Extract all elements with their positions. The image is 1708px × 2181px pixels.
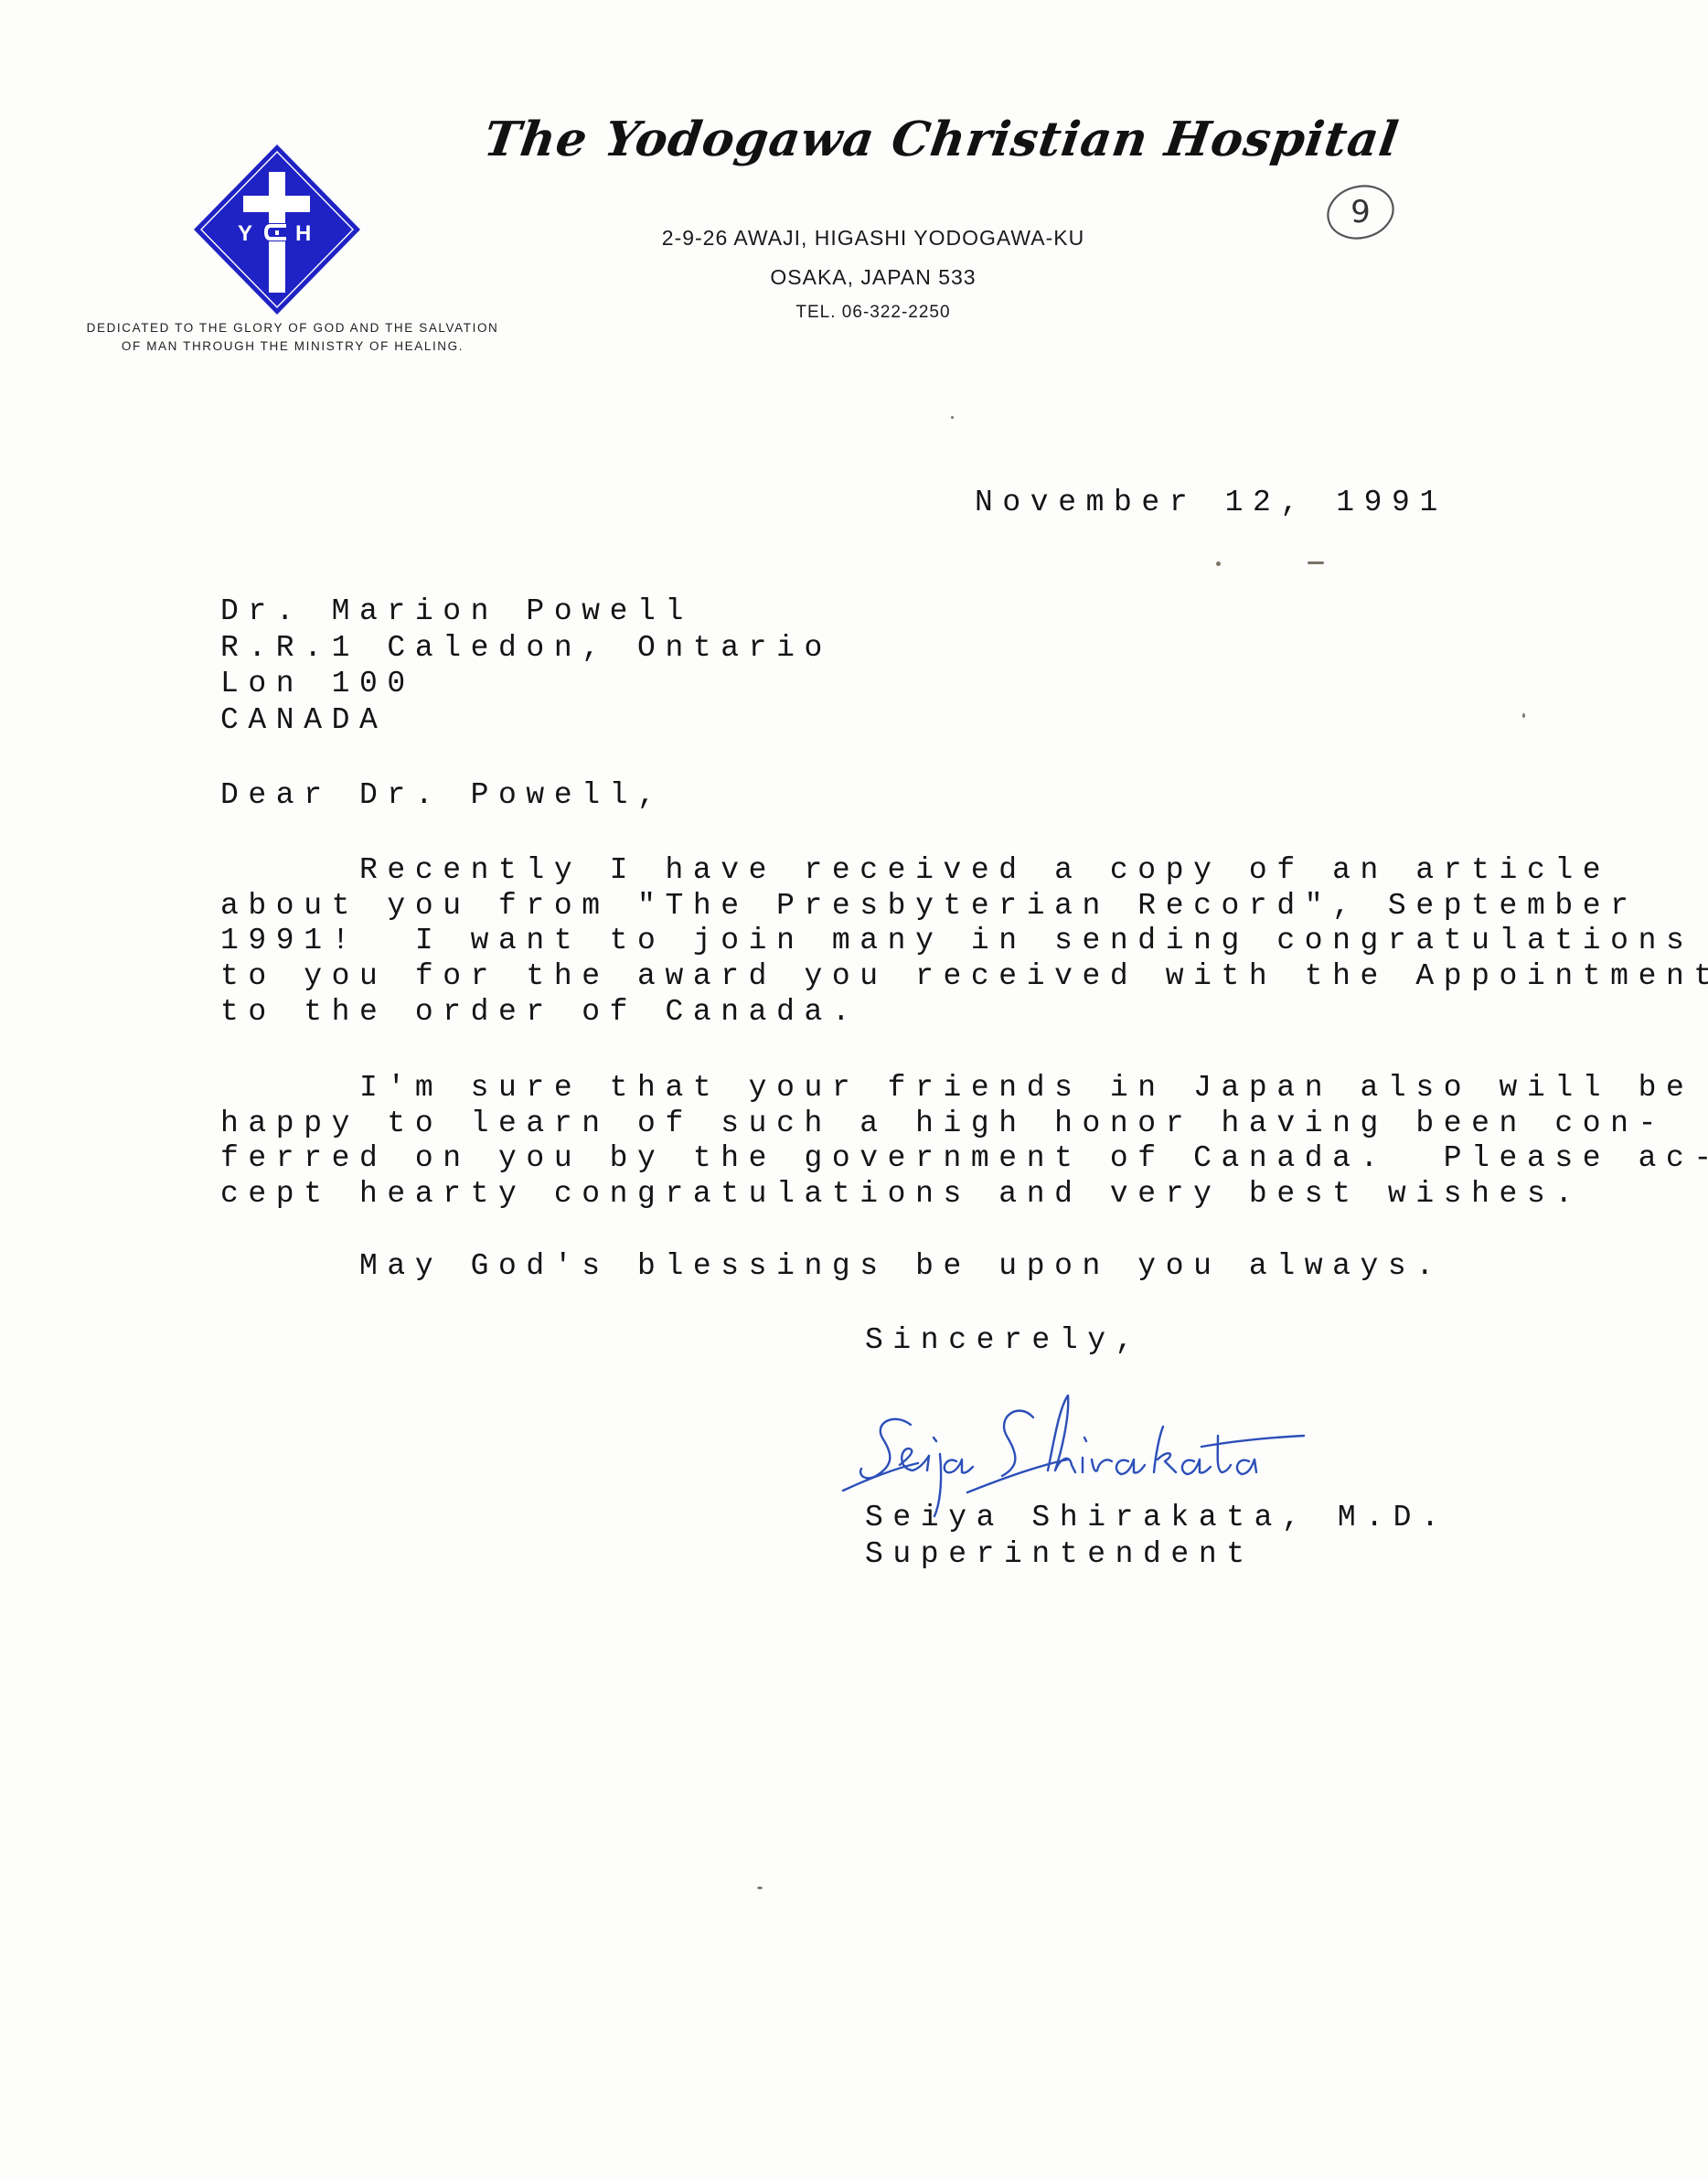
dedication-line: OF MAN THROUGH THE MINISTRY OF HEALING. [55, 337, 530, 356]
signer-block: Seiya Shirakata, M.D.Superintendent [865, 1500, 1448, 1573]
recipient-country: CANADA [220, 702, 832, 739]
recipient-street: R.R.1 Caledon, Ontario [220, 630, 832, 667]
body-line: 1991! I want to join many in sending con… [220, 924, 1708, 959]
address-phone: TEL. 06-322-2250 [585, 303, 1161, 323]
body-line: to the order of Canada. [220, 995, 1708, 1031]
svg-text:Y: Y [238, 221, 252, 246]
recipient-address: Dr. Marion PowellR.R.1 Caledon, OntarioL… [220, 593, 832, 738]
body-line: Recently I have received a copy of an ar… [220, 853, 1708, 889]
address-street: 2-9-26 AWAJI, HIGASHI YODOGAWA-KU [585, 226, 1161, 251]
handwritten-signature [839, 1381, 1315, 1518]
letter-date: November 12, 1991 [975, 486, 1447, 521]
organization-name: The Yodogawa Christian Hospital [481, 112, 1221, 167]
body-line: to you for the award you received with t… [220, 959, 1708, 995]
paper-speck [1522, 713, 1525, 718]
signer-name: Seiya Shirakata, M.D. [865, 1500, 1448, 1536]
dedication-motto: DEDICATED TO THE GLORY OF GOD AND THE SA… [55, 319, 530, 356]
recipient-name: Dr. Marion Powell [220, 593, 832, 630]
body-paragraph: May God's blessings be upon you always. [220, 1249, 1444, 1285]
dedication-line: DEDICATED TO THE GLORY OF GOD AND THE SA… [55, 319, 530, 337]
body-paragraph: I'm sure that your friends in Japan also… [220, 1071, 1708, 1213]
svg-text:H: H [295, 221, 311, 246]
paper-speck [757, 1887, 763, 1889]
page-number: 9 [1350, 194, 1371, 230]
recipient-postal: Lon 100 [220, 666, 832, 702]
body-line: about you from "The Presbyterian Record"… [220, 889, 1708, 925]
closing: Sincerely, [865, 1323, 1143, 1359]
cross-diamond-logo-icon: Y Y H [192, 143, 362, 316]
paper-speck [1216, 561, 1221, 566]
body-line: cept hearty congratulations and very bes… [220, 1177, 1708, 1213]
paper-speck [1308, 561, 1324, 564]
salutation: Dear Dr. Powell, [220, 778, 665, 814]
paper-speck [951, 416, 954, 419]
body-line: happy to learn of such a high honor havi… [220, 1107, 1708, 1142]
letter-page: Y Y H DEDICATED TO THE GLORY OF GOD AND … [0, 0, 1708, 2181]
body-line: ferred on you by the government of Canad… [220, 1141, 1708, 1177]
body-line: May God's blessings be upon you always. [220, 1249, 1444, 1285]
signer-title: Superintendent [865, 1536, 1448, 1573]
body-line: I'm sure that your friends in Japan also… [220, 1071, 1708, 1107]
address-city: OSAKA, JAPAN 533 [585, 265, 1161, 290]
circled-page-number-icon: 9 [1324, 179, 1397, 241]
body-paragraph: Recently I have received a copy of an ar… [220, 853, 1708, 1031]
